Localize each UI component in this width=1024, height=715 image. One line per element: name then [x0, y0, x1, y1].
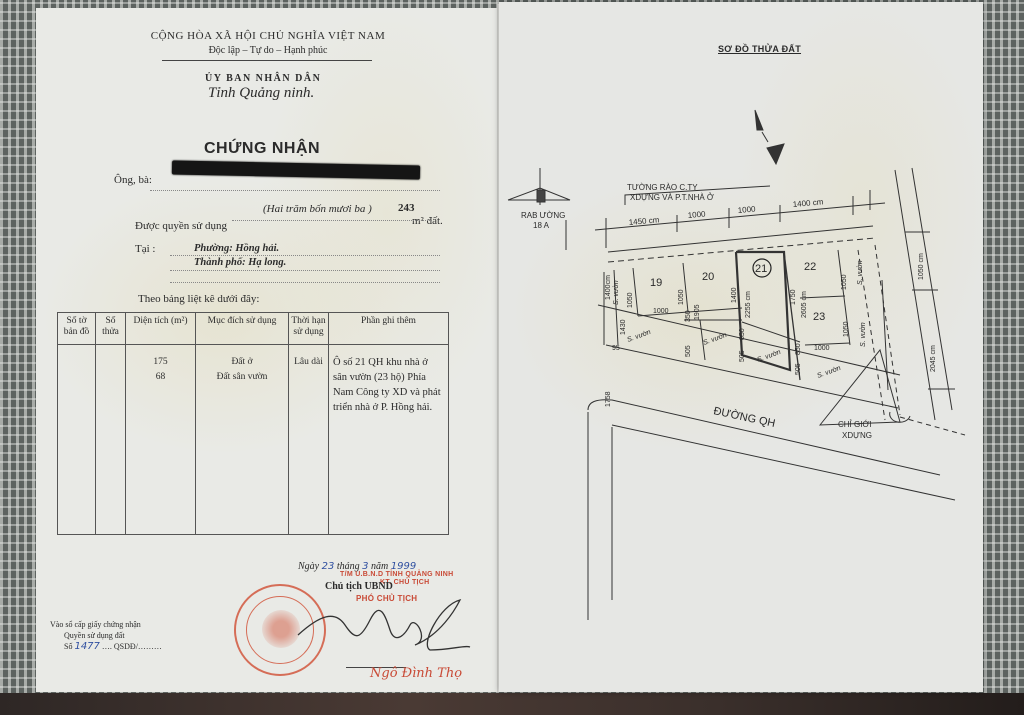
dim-2045cm: 2045 cm	[930, 345, 937, 372]
dim-505-c: 505	[795, 363, 802, 375]
dim-1000-b: 1000	[814, 345, 830, 352]
dim-1750: 1750	[790, 289, 797, 305]
lot-23-label: 23	[813, 311, 825, 323]
dim-1050-c: 1050	[841, 274, 848, 290]
lot-20-label: 20	[702, 271, 714, 283]
lot-21-label: 21	[755, 263, 767, 275]
dim-1050-b: 1050	[678, 289, 685, 305]
dim-95: 95	[612, 345, 620, 352]
dim-top-1: 1450 cm	[628, 215, 660, 227]
garden-label: S. vườn	[756, 349, 782, 364]
dim-850-b: 850	[795, 343, 802, 355]
garden-label: S. vườn	[613, 280, 620, 305]
dim-850-a: 850	[739, 328, 746, 340]
dim-1400: 1400	[731, 287, 738, 303]
fence-label-line1: TƯỜNG RÀO C.TY	[627, 183, 698, 192]
dim-505-a: 505	[685, 345, 692, 357]
dim-1905: 1905	[694, 304, 701, 320]
dim-top-2: 1000	[687, 209, 706, 220]
left-road-label-2: 18 A	[533, 221, 550, 230]
left-road-label-1: RAB ƯỜNG	[521, 211, 565, 220]
dim-1430: 1430	[620, 319, 627, 335]
dim-1400cm: 1400cm	[605, 275, 612, 300]
dim-2255cm: 2255 cm	[745, 291, 752, 318]
lot-22-label: 22	[804, 261, 816, 273]
setback-label-1: CHỈ GIỚI	[838, 420, 872, 429]
dim-350: 350	[685, 310, 692, 322]
dim-1050-a: 1050	[627, 292, 634, 308]
setback-label-2: XDỰNG	[842, 431, 872, 440]
dim-1000-a: 1000	[653, 308, 669, 315]
garden-label: S. vườn	[626, 329, 652, 344]
road-name-label: ĐƯỜNG QH	[712, 404, 776, 430]
dim-1758: 1758	[605, 391, 612, 407]
garden-label: S. vườn	[702, 332, 728, 347]
garden-label: S. vườn	[816, 365, 842, 380]
fence-label-line2: XDỰNG VÀ P.T.NHÀ Ở	[630, 193, 714, 202]
dim-1050-d: 1050	[843, 321, 850, 337]
dim-505-b: 505	[739, 350, 746, 362]
dim-2605cm: 2605 cm	[801, 291, 808, 318]
garden-label: S. vườn	[860, 322, 867, 347]
dim-1050cm: 1050 cm	[918, 253, 925, 280]
dim-top-4: 1400 cm	[792, 197, 824, 209]
north-arrow-icon	[755, 110, 784, 164]
land-plot-diagram: TƯỜNG RÀO C.TY XDỰNG VÀ P.T.NHÀ Ở 1450 c…	[0, 0, 1024, 715]
dim-top-3: 1000	[737, 204, 756, 215]
lot-19-label: 19	[650, 277, 662, 289]
garden-label: S. vườn	[857, 260, 864, 285]
